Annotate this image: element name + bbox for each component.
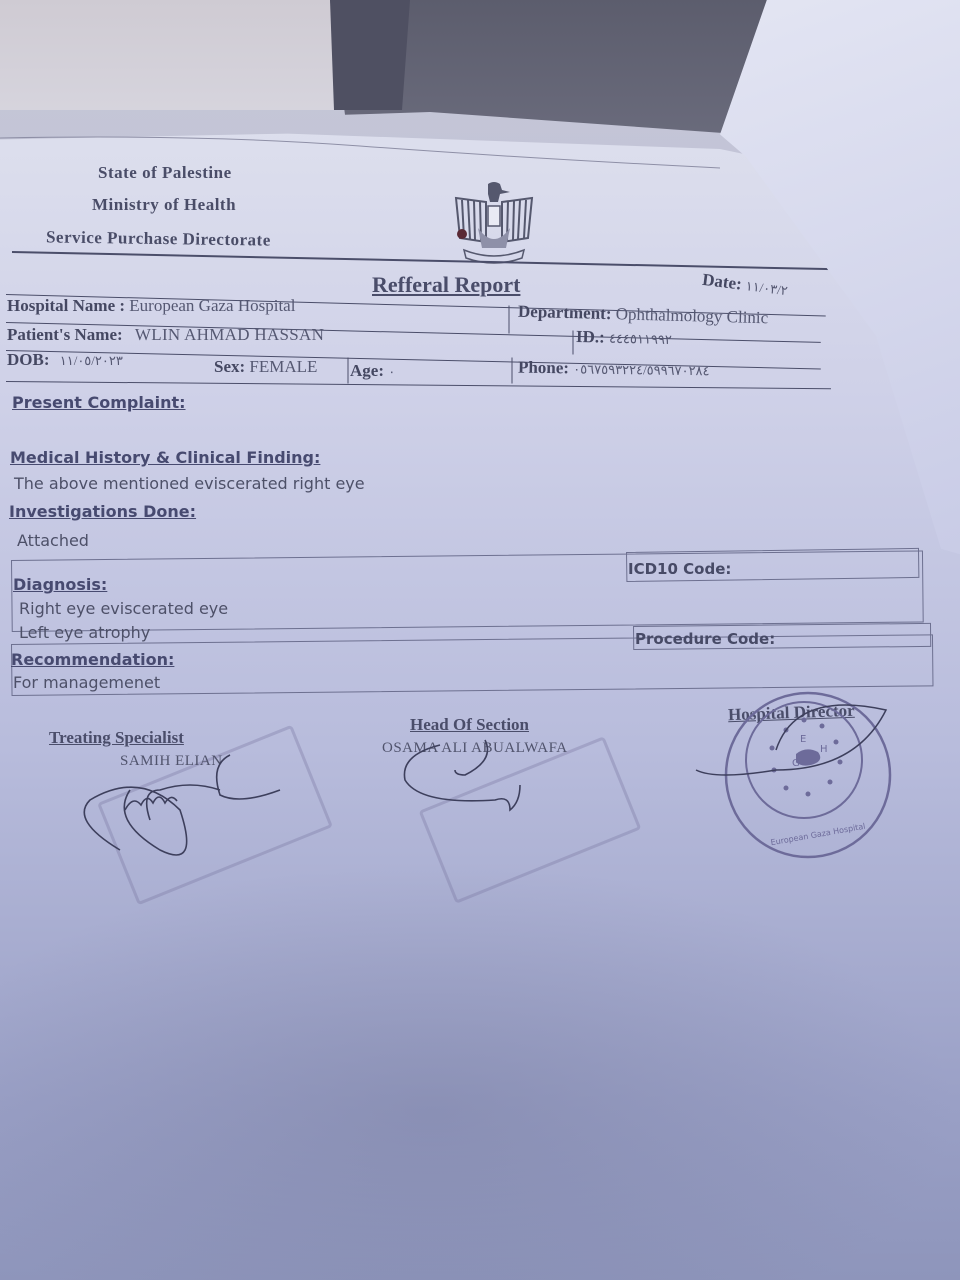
patient-name-label: Patient's Name: xyxy=(7,325,123,344)
specialist-heading: Treating Specialist xyxy=(49,728,184,748)
sex-field: Sex: FEMALE xyxy=(214,357,317,377)
letterhead-line-2: Ministry of Health xyxy=(92,195,236,215)
sex-label: Sex: xyxy=(214,357,245,376)
specialist-signature xyxy=(70,750,290,870)
id-value: ٤٤٤٥١١٩٩٢ xyxy=(609,331,672,347)
table-divider xyxy=(512,358,513,384)
id-field: ID.: ٤٤٤٥١١٩٩٢ xyxy=(576,327,672,349)
hospital-value: European Gaza Hospital xyxy=(129,296,295,315)
report-title: Refferal Report xyxy=(372,272,520,298)
diagnosis-line-1: Right eye eviscerated eye xyxy=(19,599,228,618)
age-value: ٠ xyxy=(388,364,395,379)
dob-field: DOB: ١١/٠٥/٢٠٢٣ xyxy=(7,350,123,370)
patient-name-field: Patient's Name: WLIN AHMAD HASSAN xyxy=(7,325,324,345)
phone-field: Phone: ٠٥٦٧٥٩٣٢٢٤/٥٩٩٦٧٠٢٨٤ xyxy=(518,358,710,381)
table-divider xyxy=(573,331,574,355)
sex-value: FEMALE xyxy=(249,357,317,376)
investigations-heading: Investigations Done: xyxy=(9,502,196,521)
table-divider xyxy=(509,306,510,334)
phone-value: ٠٥٦٧٥٩٣٢٢٤/٥٩٩٦٧٠٢٨٤ xyxy=(573,361,709,378)
background-fold xyxy=(330,0,410,110)
svg-text:G: G xyxy=(792,758,800,769)
svg-text:E: E xyxy=(800,734,806,745)
diagnosis-line-2: Left eye atrophy xyxy=(19,623,150,642)
letterhead-line-1: State of Palestine xyxy=(98,163,232,183)
age-label: Age: xyxy=(350,361,384,380)
letterhead-line-3: Service Purchase Directorate xyxy=(46,227,271,250)
procedure-code-label: Procedure Code: xyxy=(635,630,775,648)
dob-value: ١١/٠٥/٢٠٢٣ xyxy=(60,353,123,368)
table-divider xyxy=(348,358,349,384)
hospital-field: Hospital Name : European Gaza Hospital xyxy=(7,296,295,316)
department-value: Ophthalmology Clinic xyxy=(615,304,768,327)
recommendation-heading: Recommendation: xyxy=(11,650,174,669)
eagle-emblem-icon xyxy=(448,178,540,264)
icd10-label: ICD10 Code: xyxy=(628,560,731,578)
diagnosis-heading: Diagnosis: xyxy=(13,575,107,594)
id-label: ID.: xyxy=(576,327,605,347)
patient-name-value: WLIN AHMAD HASSAN xyxy=(135,325,324,344)
medical-history-text: The above mentioned eviscerated right ey… xyxy=(14,474,365,493)
medical-history-heading: Medical History & Clinical Finding: xyxy=(10,448,320,467)
svg-text:H: H xyxy=(820,744,828,755)
phone-label: Phone: xyxy=(518,358,569,378)
age-field: Age: ٠ xyxy=(350,361,395,381)
section-head-heading: Head Of Section xyxy=(410,715,529,735)
section-head-signature xyxy=(400,735,540,810)
recommendation-text: For managemenet xyxy=(13,673,160,692)
hospital-label: Hospital Name : xyxy=(7,296,125,315)
paper-shadow xyxy=(0,860,960,1280)
department-label: Department: xyxy=(518,302,612,323)
investigations-text: Attached xyxy=(17,531,89,550)
present-complaint-heading: Present Complaint: xyxy=(12,393,186,412)
date-value: ١١/٠٣/٢ xyxy=(745,278,789,298)
date-label: Date: xyxy=(701,270,743,294)
dob-label: DOB: xyxy=(7,350,50,369)
background-cloth xyxy=(0,0,340,110)
